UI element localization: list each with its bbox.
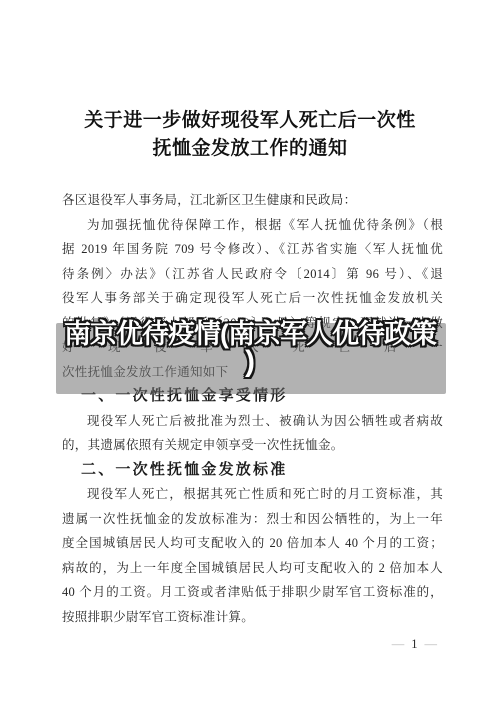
document-page: 关于进一步做好现役军人死亡后一次性 抚恤金发放工作的通知 各区退役军人事务局，江…: [0, 0, 500, 706]
footer-page-number: 1: [411, 637, 417, 651]
document-title-line-2: 抚恤金发放工作的通知: [0, 135, 500, 163]
body-line: 现役军人死亡后被批准为烈士、被确认为因公牺牲或者病故: [62, 409, 443, 434]
body-line: 的，其遗属依照有关规定申领享受一次性抚恤金。: [62, 433, 443, 458]
body-line: 按照排职少尉军官工资标准计算。: [62, 605, 443, 630]
section-2-heading: 二、一次性抚恤金发放标准: [62, 458, 443, 483]
document-body: 各区退役军人事务局，江北新区卫生健康和民政局： 为加强抚恤优待保障工作，根据《军…: [0, 188, 500, 629]
body-line: 据 2019 年国务院 709 号令修改）、《江苏省实施〈军人抚恤优: [62, 237, 443, 262]
body-line: 病故的，为上一年度全国城镇居民人均可支配收入的 2 倍加本人: [62, 556, 443, 581]
document-title: 关于进一步做好现役军人死亡后一次性 抚恤金发放工作的通知: [0, 107, 500, 163]
body-line: 待条例〉办法》（江苏省人民政府令〔2014〕第 96 号）、《退: [62, 262, 443, 287]
body-line: 为加强抚恤优待保障工作，根据《军人抚恤优待条例》（根: [62, 213, 443, 238]
body-line: 役军人事务部关于确定现役军人死亡后一次性抚恤金发放机关: [62, 286, 443, 311]
footer-dash-right: —: [425, 637, 438, 651]
body-line: 40 个月的工资。月工资或者津贴低于排职少尉军官工资标准的，: [62, 580, 443, 605]
watermark-text-line-2: ): [54, 348, 446, 375]
page-footer: —1—: [392, 636, 437, 652]
body-line: 遗属一次性抚恤金的发放标准为：烈士和因公牺牲的，为上一年: [62, 507, 443, 532]
body-line: 现役军人死亡，根据其死亡性质和死亡时的月工资标准，其: [62, 482, 443, 507]
footer-dash-left: —: [392, 637, 405, 651]
salutation-line: 各区退役军人事务局，江北新区卫生健康和民政局：: [62, 188, 443, 213]
document-title-line-1: 关于进一步做好现役军人死亡后一次性: [0, 107, 500, 135]
watermark-text: 南京优待疫情(南京军人优待政策 ): [54, 319, 446, 375]
body-line: 度全国城镇居民人均可支配收入的 20 倍加本人 40 个月的工资；: [62, 531, 443, 556]
